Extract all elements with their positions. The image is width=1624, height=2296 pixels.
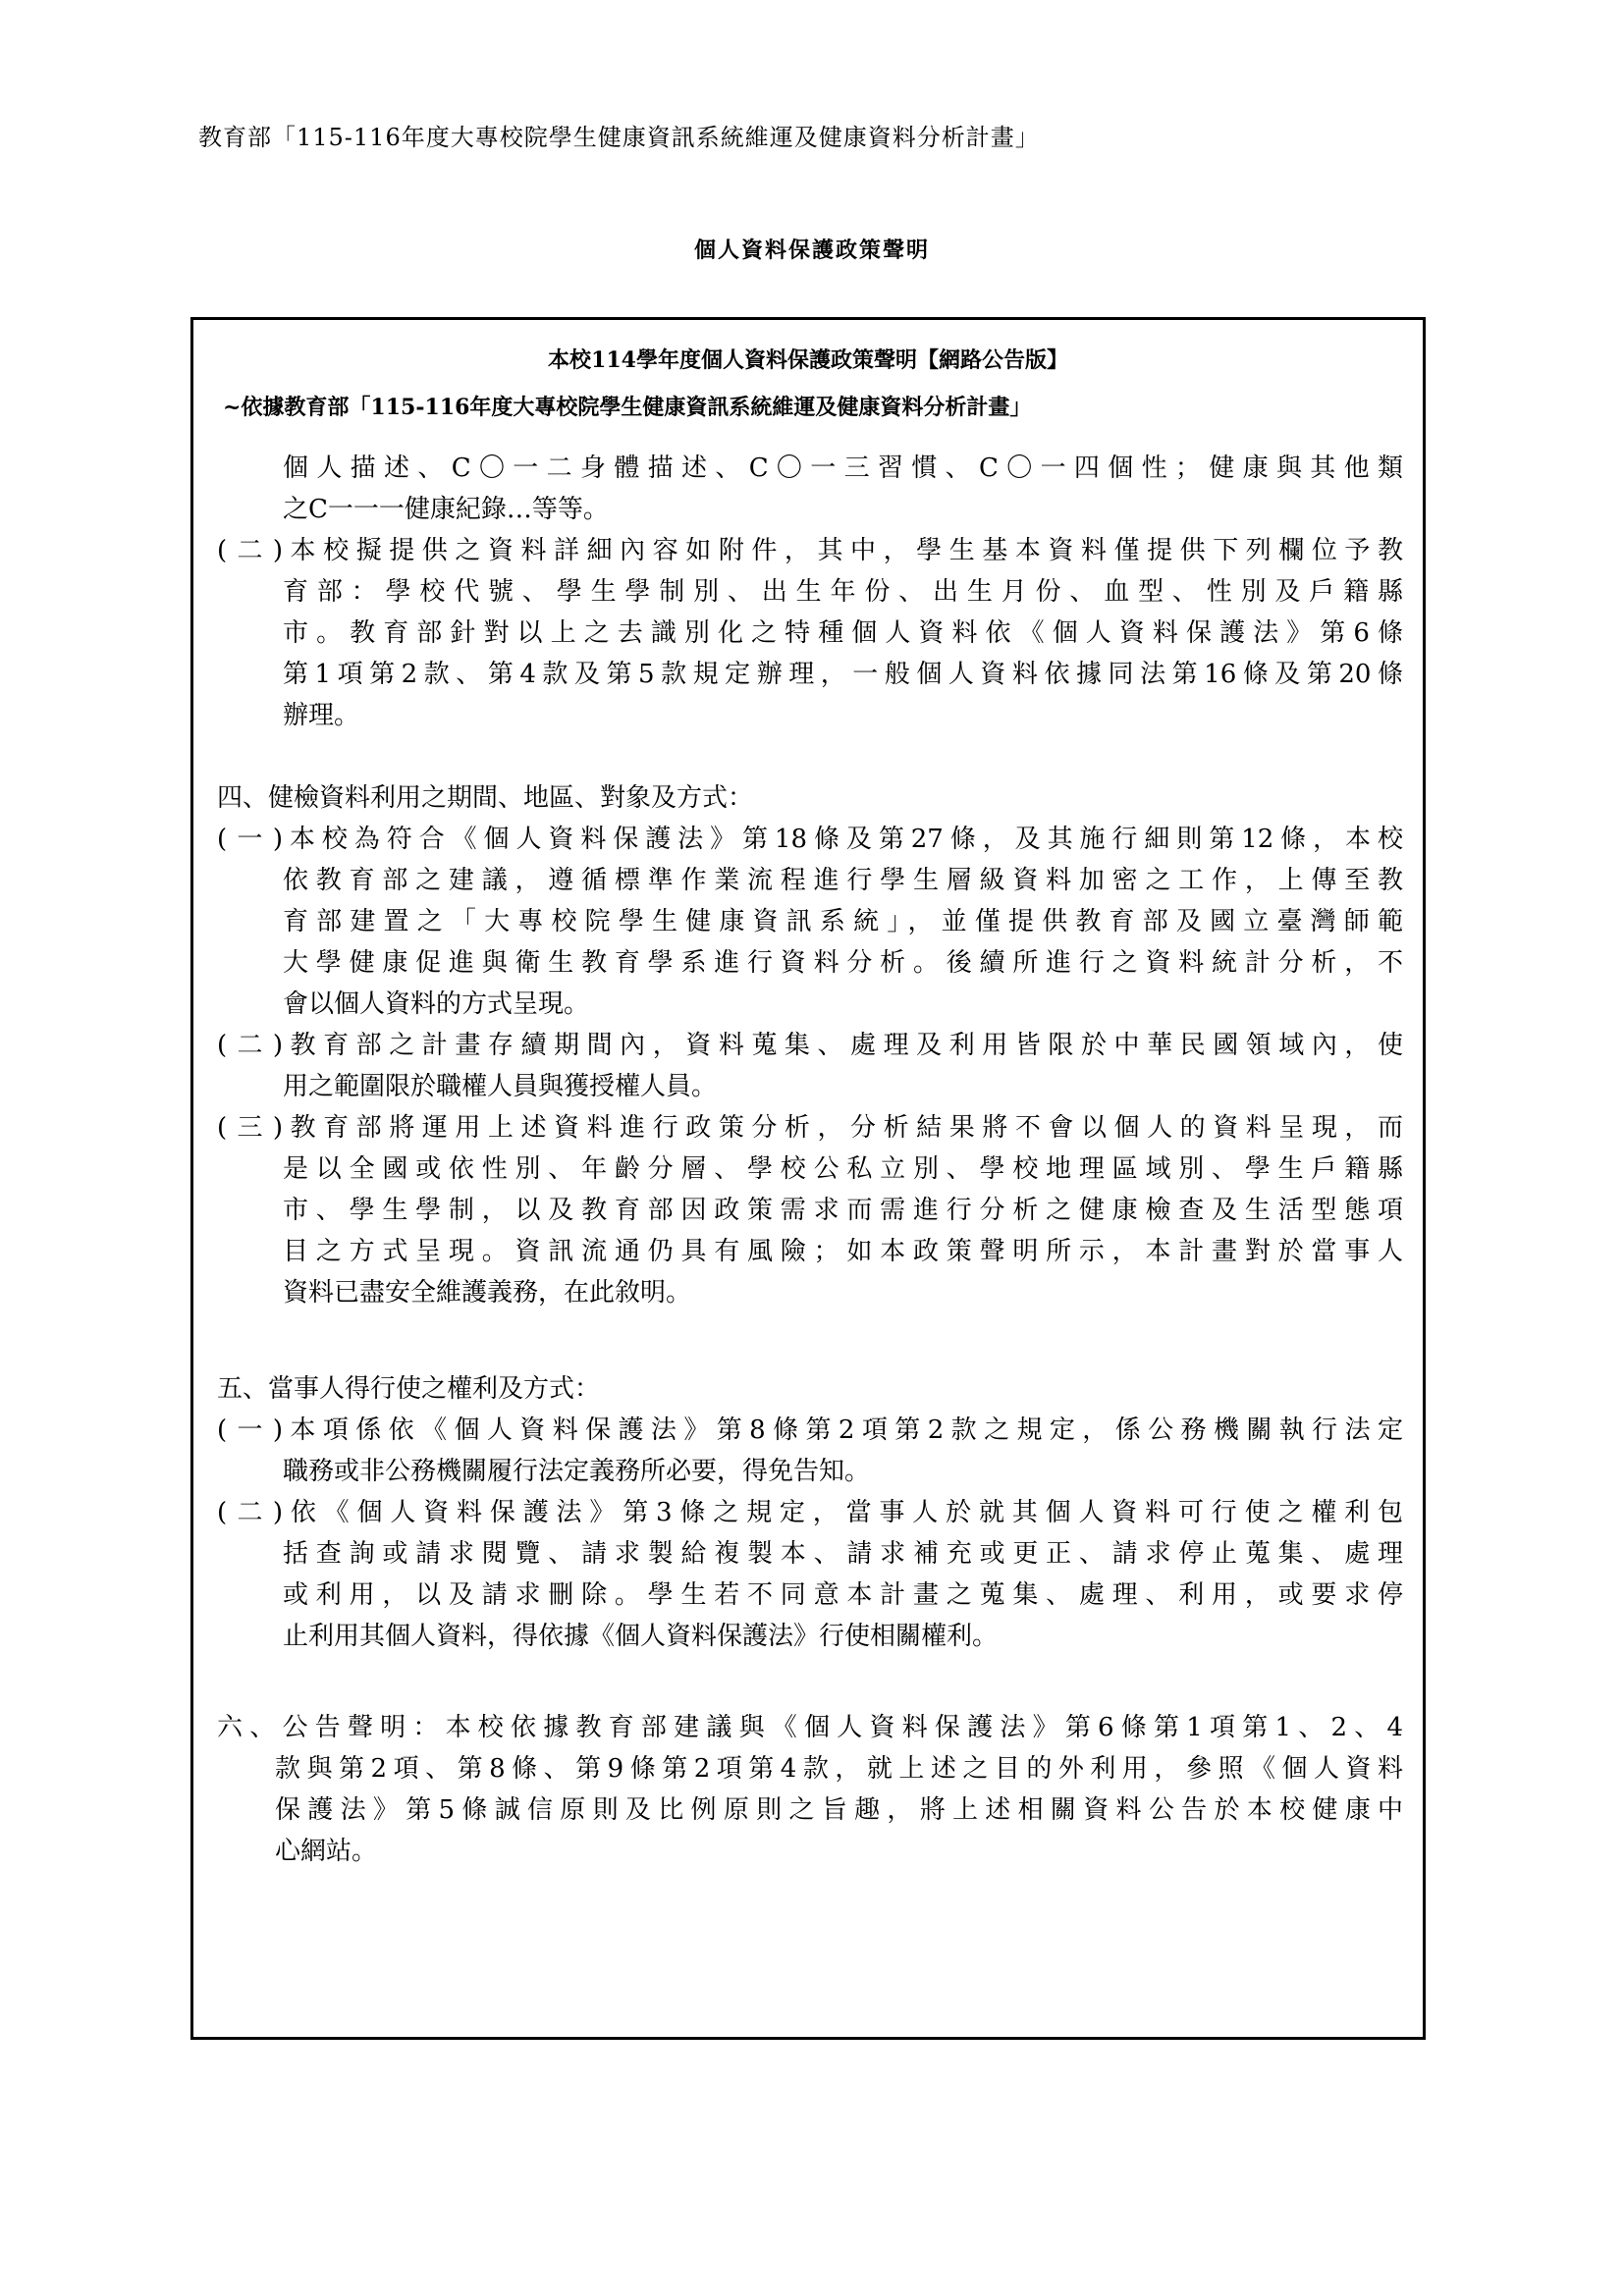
section-heading: 四、健檢資料利用之期間、地區、對象及方式： [217,777,1403,819]
list-item: (三)教育部將運用上述資料進行政策分析，分析結果將不會以個人的資料呈現，而 [217,1107,1403,1148]
paragraph-line: 之C一一一健康紀錄…等等。 [217,489,1403,530]
item-marker: (三) [217,1107,283,1148]
section-5: 五、當事人得行使之權利及方式： (一)本項係依《個人資料保護法》第8條第2項第2… [217,1368,1403,1657]
box-subheading: ~依據教育部「115-116年度大專校院學生健康資訊系統維運及健康資料分析計畫」 [223,391,1031,424]
paragraph-text: 本項係依《個人資料保護法》第8條第2項第2款之規定，係公務機關執行法定 [283,1415,1403,1445]
paragraph-text: 依《個人資料保護法》第3條之規定，當事人於就其個人資料可行使之權利包 [283,1498,1403,1527]
list-item: (二)依《個人資料保護法》第3條之規定，當事人於就其個人資料可行使之權利包 [217,1492,1403,1533]
paragraph-text: 教育部之計畫存續期間內，資料蒐集、處理及利用皆限於中華民國領域內，使 [283,1031,1403,1060]
paragraph-line: 保護法》第5條誠信原則及比例原則之旨趣，將上述相關資料公告於本校健康中 [217,1789,1403,1831]
paragraph-line: 辦理。 [217,695,1403,736]
item-marker: (二) [217,530,283,571]
policy-statement-box: 本校114學年度個人資料保護政策聲明【網路公告版】 ~依據教育部「115-116… [190,317,1426,2040]
page-title: 個人資料保護政策聲明 [0,234,1624,267]
item-marker: (二) [217,1492,283,1533]
paragraph-line: 第1項第2款、第4款及第5款規定辦理，一般個人資料依據同法第16條及第20條 [217,654,1403,695]
continuation-section: 個人描述、C〇一二身體描述、C〇一三習慣、C〇一四個性；健康與其他類 之C一一一… [217,448,1403,736]
paragraph-line: 或利用，以及請求刪除。學生若不同意本計畫之蒐集、處理、利用，或要求停 [217,1575,1403,1616]
paragraph-line: 是以全國或依性別、年齡分層、學校公私立別、學校地理區域別、學生戶籍縣 [217,1148,1403,1190]
list-item: (一)本項係依《個人資料保護法》第8條第2項第2款之規定，係公務機關執行法定 [217,1410,1403,1451]
paragraph-line: 市。教育部針對以上之去識別化之特種個人資料依《個人資料保護法》第6條 [217,613,1403,654]
list-item: (二)教育部之計畫存續期間內，資料蒐集、處理及利用皆限於中華民國領域內，使 [217,1025,1403,1066]
paragraph-line: 大學健康促進與衛生教育學系進行資料分析。後續所進行之資料統計分析，不 [217,942,1403,984]
paragraph-line: 職務或非公務機關履行法定義務所必要，得免告知。 [217,1451,1403,1492]
paragraph-line: 市、學生學制，以及教育部因政策需求而需進行分析之健康檢查及生活型態項 [217,1190,1403,1231]
paragraph-line: 目之方式呈現。資訊流通仍具有風險；如本政策聲明所示，本計畫對於當事人 [217,1231,1403,1272]
section-heading: 五、當事人得行使之權利及方式： [217,1368,1403,1410]
paragraph-line: 用之範圍限於職權人員與獲授權人員。 [217,1066,1403,1107]
paragraph-line: 依教育部之建議，遵循標準作業流程進行學生層級資料加密之工作，上傳至教 [217,860,1403,901]
paragraph-line: 止利用其個人資料，得依據《個人資料保護法》行使相關權利。 [217,1616,1403,1657]
item-marker: (一) [217,1410,283,1451]
item-marker: (二) [217,1025,283,1066]
list-item: (一)本校為符合《個人資料保護法》第18條及第27條，及其施行細則第12條，本校 [217,819,1403,860]
document-header: 教育部「115-116年度大專校院學生健康資訊系統維運及健康資料分析計畫」 [198,120,1040,155]
paragraph-line: 會以個人資料的方式呈現。 [217,984,1403,1025]
box-heading: 本校114學年度個人資料保護政策聲明【網路公告版】 [193,344,1423,377]
section-heading: 六、公告聲明：本校依據教育部建議與《個人資料保護法》第6條第1項第1、2、4 [217,1707,1403,1748]
section-6: 六、公告聲明：本校依據教育部建議與《個人資料保護法》第6條第1項第1、2、4 款… [217,1707,1403,1872]
paragraph-line: 資料已盡安全維護義務，在此敘明。 [217,1272,1403,1313]
paragraph-line: 款與第2項、第8條、第9條第2項第4款，就上述之目的外利用，參照《個人資料 [217,1748,1403,1789]
paragraph-line: 個人描述、C〇一二身體描述、C〇一三習慣、C〇一四個性；健康與其他類 [217,448,1403,489]
paragraph-text: 教育部將運用上述資料進行政策分析，分析結果將不會以個人的資料呈現，而 [283,1113,1403,1143]
paragraph-line: 心網站。 [217,1831,1403,1872]
item-marker: (一) [217,819,283,860]
paragraph-text: 本校為符合《個人資料保護法》第18條及第27條，及其施行細則第12條，本校 [283,825,1403,854]
list-item: (二)本校擬提供之資料詳細內容如附件，其中，學生基本資料僅提供下列欄位予教 [217,530,1403,571]
paragraph-line: 育部：學校代號、學生學制別、出生年份、出生月份、血型、性別及戶籍縣 [217,571,1403,613]
section-4: 四、健檢資料利用之期間、地區、對象及方式： (一)本校為符合《個人資料保護法》第… [217,777,1403,1313]
paragraph-line: 育部建置之「大專校院學生健康資訊系統」，並僅提供教育部及國立臺灣師範 [217,901,1403,942]
paragraph-line: 括查詢或請求閱覽、請求製給複製本、請求補充或更正、請求停止蒐集、處理 [217,1533,1403,1575]
paragraph-text: 本校擬提供之資料詳細內容如附件，其中，學生基本資料僅提供下列欄位予教 [283,536,1403,565]
